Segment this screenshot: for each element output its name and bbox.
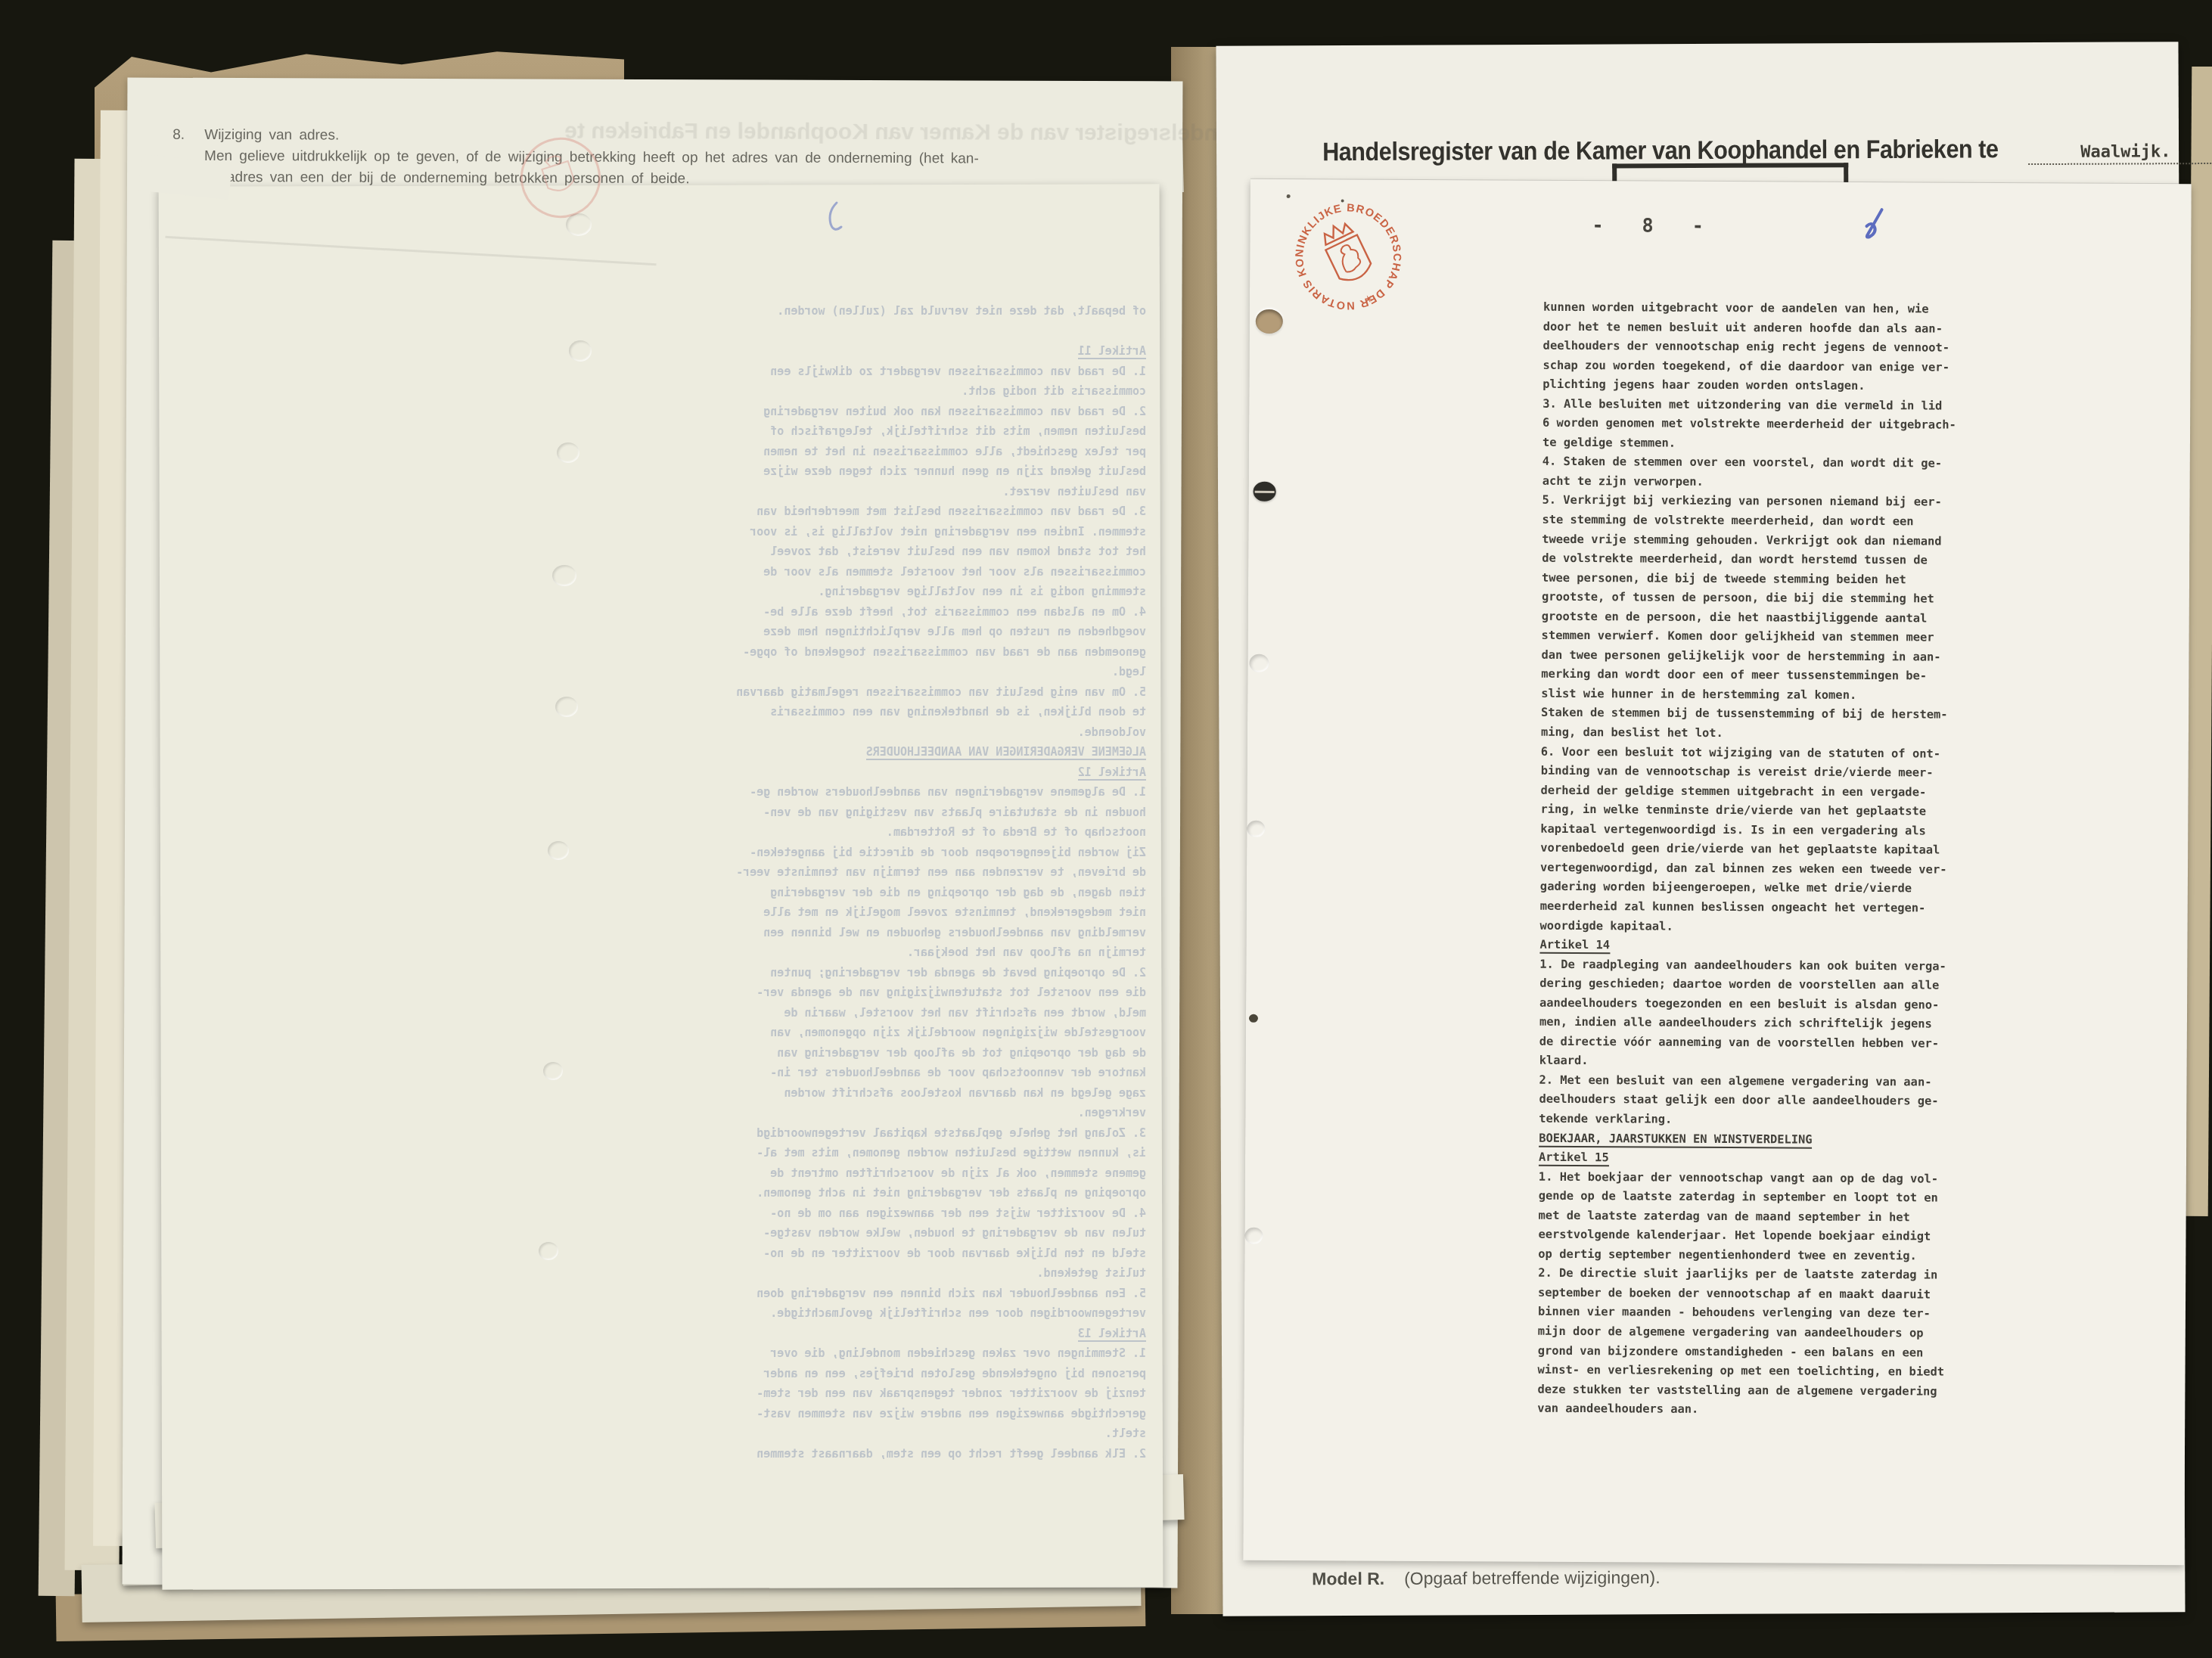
text-line: besluit gekend zijn en geen hunner zich … xyxy=(246,461,1146,482)
punch-dimple xyxy=(548,841,569,860)
text-line: woordigde kapitaal. xyxy=(1540,916,1964,937)
instruction-title: Wijziging van adres. xyxy=(204,125,339,147)
pen-mark-icon xyxy=(1851,203,1894,246)
text-line: 1. De raad van commissarissen vergadert … xyxy=(246,362,1146,382)
text-line: voldoende. xyxy=(246,722,1146,743)
punch-dimple xyxy=(555,697,578,717)
text-line: 6. Voor een besluit tot wijziging van de… xyxy=(1541,742,1965,763)
text-line: acht te zijn verworpen. xyxy=(1542,472,1966,493)
text-line: stemming nodig is in een voltallige verg… xyxy=(246,582,1146,602)
notary-stamp-icon: KONINKLIJKE BROEDERSCHAP DER NOTARISSEN … xyxy=(1272,181,1424,332)
text-line: deelhouders der vennootschap enig recht … xyxy=(1543,337,1967,358)
typed-document-sheet: - 8 - KONINKLIJKE BROEDERSCHAP DER NOTAR… xyxy=(1243,179,2192,1565)
text-line: stemmen verwierf. Komen door gelijkheid … xyxy=(1542,626,1965,647)
text-line: september de boeken der vennootschap af … xyxy=(1538,1284,1962,1305)
text-line: 5. Verkrijgt bij verkiezing van personen… xyxy=(1542,491,1966,512)
text-line: grootste en de persoon, die het naastbij… xyxy=(1542,607,1965,629)
punch-hole xyxy=(1247,821,1265,837)
text-line: commissaris dit nodig acht. xyxy=(246,381,1146,402)
text-line: oproeping en plaats der vergadering niet… xyxy=(246,1183,1146,1203)
text-line: dan twee personen gelijkelijk voor de he… xyxy=(1541,646,1965,667)
text-line: per telex geschiedt, alle commissarissen… xyxy=(246,442,1146,462)
text-line: van besluiten verzet. xyxy=(246,482,1146,502)
text-line: commissarissen als voor het voorstel ste… xyxy=(246,562,1146,582)
svg-text:KONINKLIJKE BROEDERSCHAP DER N: KONINKLIJKE BROEDERSCHAP DER NOTARISSEN … xyxy=(1272,181,1421,332)
text-line: gemene stemmen, ook al zijn de voorschri… xyxy=(246,1163,1146,1184)
text-line: voorgestelde wijzigingen woordelijk zijn… xyxy=(246,1023,1146,1043)
text-line: te doen blijken, is de handtekening van … xyxy=(246,702,1146,722)
text-line: meerderheid zal kunnen beslissen ongeach… xyxy=(1540,897,1964,918)
text-line: 5. Om van enig besluit van commissarisse… xyxy=(246,682,1146,703)
text-line: 1. De raadpleging van aandeelhouders kan… xyxy=(1539,955,1963,976)
text-line: personen bij ongetekende gesloten briefj… xyxy=(246,1364,1146,1384)
text-line: legd. xyxy=(246,662,1146,682)
typed-text-block: kunnen worden uitgebracht voor de aandel… xyxy=(1537,298,1967,1421)
text-line: slist wie hunner in de herstemming zal k… xyxy=(1541,685,1965,706)
text-line: stemmen. Indien een vergadering niet vol… xyxy=(246,522,1146,542)
text-line: zage gelegd en kan daarvan kosteloos afs… xyxy=(246,1083,1146,1104)
text-line: of bepaalt, dat deze niet vervuld zal (z… xyxy=(246,301,1146,321)
page-number: - 8 - xyxy=(1592,214,1716,237)
text-line: men, indien alle aandeelhouders zich sch… xyxy=(1539,1013,1963,1034)
text-line: door het te nemen besluit uit anderen ho… xyxy=(1543,317,1967,338)
text-line: Artikel 14 xyxy=(1539,936,1963,957)
punch-dimple xyxy=(543,1062,563,1080)
text-line: de dag der oproeping tot de afloop der v… xyxy=(246,1043,1146,1063)
form-model-label: Model R. xyxy=(1312,1569,1384,1588)
text-line: ALGEMENE VERGADERINGEN VAN AANDEELHOUDER… xyxy=(246,742,1146,762)
text-line: is, kunnen wettige besluiten worden geno… xyxy=(246,1143,1146,1163)
text-line: verkregen. xyxy=(246,1103,1146,1123)
text-line: genoemden aan de raad van commissarissen… xyxy=(246,642,1146,663)
paper-speck xyxy=(1341,199,1344,202)
text-line: die een voorstel tot statutenwijziging v… xyxy=(246,983,1146,1003)
text-line: 1. Stemmingen over zaken geschieden mond… xyxy=(246,1343,1146,1364)
text-line: eerstvolgende kalenderjaar. Het lopende … xyxy=(1538,1225,1962,1247)
text-line: kunnen worden uitgebracht voor de aandel… xyxy=(1543,298,1967,319)
text-line: binding van de vennootschap is vereist d… xyxy=(1541,762,1965,783)
punch-hole xyxy=(1244,1228,1263,1244)
text-line: houden in de statutaire plaats van vesti… xyxy=(246,803,1146,823)
text-line: tien dagen, de dag der oproeping en die … xyxy=(246,883,1146,903)
text-line: vertegenwoordigen door een schriftelijk … xyxy=(246,1303,1146,1324)
text-line: grond van bijzondere omstandigheden - ee… xyxy=(1538,1341,1962,1362)
text-line: Zij worden bijeengeroepen door de direct… xyxy=(246,843,1146,863)
punch-dimple xyxy=(539,1242,558,1260)
text-line: tweede vrije stemming gehouden. Verkrijg… xyxy=(1542,529,1965,551)
text-line: de brieven, te verzenden aan een termijn… xyxy=(246,862,1146,883)
text-line: kantore der vennootschap voor de aandeel… xyxy=(246,1063,1146,1083)
text-line: 4. De voorzitter wijst een der aanwezige… xyxy=(246,1203,1146,1224)
punch-hole xyxy=(1256,309,1283,334)
text-line: 4. Om en alsdan een commissaris tot, hee… xyxy=(246,602,1146,623)
text-line: deelhouders staat gelijk een door alle a… xyxy=(1539,1090,1962,1111)
text-line: 2. Elk aandeel geeft recht op een stem, … xyxy=(246,1444,1146,1464)
form-footer: Model R.(Opgaaf betreffende wijzigingen)… xyxy=(1312,1567,1660,1589)
text-line: tulen van de vergadering te houden, welk… xyxy=(246,1223,1146,1243)
text-line: winst- en verliesrekening op met een toe… xyxy=(1537,1361,1961,1382)
text-line: vertegenwoordigd, dan zal binnen zes wek… xyxy=(1540,858,1964,880)
text-line: deze stukken ter vaststelling aan de alg… xyxy=(1537,1380,1961,1401)
text-line: 3. De raad van commissarissen beslist me… xyxy=(246,501,1146,522)
text-line: dering geschieden; daartoe worden de voo… xyxy=(1539,974,1963,995)
text-line: Artikel 12 xyxy=(246,762,1146,783)
text-line: ste stemming de volstrekte meerderheid, … xyxy=(1542,511,1965,532)
text-line xyxy=(246,321,1146,342)
text-line: ming, dan beslist het lot. xyxy=(1541,723,1965,744)
text-line: gende op de laatste zaterdag in septembe… xyxy=(1539,1187,1962,1208)
form-model-note: (Opgaaf betreffende wijzigingen). xyxy=(1404,1567,1661,1588)
text-line: gerechtigde aanwezigen een andere wijze … xyxy=(246,1404,1146,1424)
text-line: 3. Zolang het gehele geplaatste kapitaal… xyxy=(246,1123,1146,1144)
form-instruction-block: 8. Wijziging van adres. Men gelieve uitd… xyxy=(172,125,1118,191)
text-line: op dertig september negentienhonderd twe… xyxy=(1538,1245,1962,1266)
text-line: kapitaal vertegenwoordigd is. Is in een … xyxy=(1540,820,1964,841)
text-line: 5. Een aandeelhouder kan zich binnen een… xyxy=(246,1284,1146,1304)
text-line: Artikel 11 xyxy=(246,341,1146,362)
text-line: het tot stand komen van een besluit vere… xyxy=(246,542,1146,562)
text-line: BOEKJAAR, JAARSTUKKEN EN WINSTVERDELING xyxy=(1539,1129,1962,1150)
archival-scan: Handelsregister van de Kamer van Koophan… xyxy=(0,0,2212,1658)
bleed-through-text: of bepaalt, dat deze niet vervuld zal (z… xyxy=(246,301,1146,1464)
text-line: 1. Het boekjaar der vennootschap vangt a… xyxy=(1539,1167,1962,1188)
text-line: schap zou worden toegekend, of die daard… xyxy=(1542,356,1966,377)
punch-dimple xyxy=(557,442,579,463)
text-line: tekende verklaring. xyxy=(1539,1110,1962,1131)
form-title: Handelsregister van de Kamer van Koophan… xyxy=(1322,135,1999,167)
text-line: vorenbedoeld geen drie/vierde van het ge… xyxy=(1540,839,1964,860)
text-line: de directie vóór aanneming van de voorst… xyxy=(1539,1032,1963,1054)
text-line: tenzij de voorzitter zonder tegenspraak … xyxy=(246,1383,1146,1404)
text-line: 2. Met een besluit van een algemene verg… xyxy=(1539,1071,1962,1092)
place-field: Waalwijk. xyxy=(2028,142,2212,165)
text-line: de volstrekte meerderheid, dan wordt her… xyxy=(1542,549,1965,570)
text-line: 4. Staken de stemmen over een voorstel, … xyxy=(1542,452,1966,473)
punch-hole xyxy=(1249,654,1269,672)
text-line: mijn door de algemene vergadering van aa… xyxy=(1538,1322,1962,1343)
punch-dimple xyxy=(552,565,576,586)
text-line: voegdheden en rusten op hem alle verplic… xyxy=(246,622,1146,642)
text-line: meld, wordt een afschrift van het voorst… xyxy=(246,1003,1146,1023)
pen-mark-icon xyxy=(819,198,849,236)
text-line: tulist getekend. xyxy=(246,1263,1146,1284)
text-line: niet medegerekend, tenminste zoveel moge… xyxy=(246,902,1146,923)
text-line: 3. Alle besluiten met uitzondering van d… xyxy=(1542,395,1966,416)
text-line: plichting jegens haar zouden worden onts… xyxy=(1542,375,1966,396)
faded-crest-icon xyxy=(534,150,583,204)
text-line: stelt. xyxy=(246,1424,1146,1444)
text-line: 2. De raad van commissarissen kan ook bu… xyxy=(246,402,1146,422)
text-line: gadering worden bijeengeroepen, welke me… xyxy=(1540,877,1964,899)
punch-dimple xyxy=(569,340,592,362)
binder-fastener xyxy=(1254,482,1276,501)
text-line: te geldige stemmen. xyxy=(1542,433,1966,455)
text-line: binnen vier maanden - behoudens verlengi… xyxy=(1538,1302,1962,1324)
text-line: termijn na afloop van het boekjaar. xyxy=(246,942,1146,963)
text-line: klaard. xyxy=(1539,1051,1963,1073)
text-line: Artikel 13 xyxy=(246,1324,1146,1344)
text-line: 2. De directie sluit jaarlijks per de la… xyxy=(1538,1264,1962,1285)
text-line: 1. De algemene vergaderingen van aandeel… xyxy=(246,782,1146,803)
text-line: nootschap of te Breda of te Rotterdam. xyxy=(246,822,1146,843)
text-line: derheid der geldige stemmen uitgebracht … xyxy=(1540,781,1964,802)
text-line: ring, in welke tenminste drie/vierde van… xyxy=(1540,800,1964,821)
text-line: steld en ten blijke daarvan door de voor… xyxy=(246,1243,1146,1264)
text-line: Artikel 15 xyxy=(1539,1148,1962,1169)
text-line: Staken de stemmen bij de tussenstemming … xyxy=(1541,703,1965,725)
text-line: besluiten nemen, mits dit schriftelijk, … xyxy=(246,421,1146,442)
text-line: grootste, of tussen de persoon, die bij … xyxy=(1542,588,1965,609)
punch-dimple xyxy=(566,213,592,236)
paper-speck xyxy=(1287,194,1291,198)
text-line: vermelding van aandeelhouders gehouden e… xyxy=(246,923,1146,943)
text-line: 2. De oproeping bevat de agenda der verg… xyxy=(246,963,1146,983)
text-line: 6 worden genomen met volstrekte meerderh… xyxy=(1542,414,1966,435)
text-line: met de laatste zaterdag van de maand sep… xyxy=(1539,1206,1962,1227)
instruction-number: 8. xyxy=(172,125,204,146)
punch-hole xyxy=(1249,1014,1258,1023)
text-line: merking dan wordt door een of meer tusse… xyxy=(1541,665,1965,686)
notary-stamp: KONINKLIJKE BROEDERSCHAP DER NOTARISSEN … xyxy=(1272,181,1424,332)
text-line: van aandeelhouders aan. xyxy=(1537,1399,1961,1420)
text-line: twee personen, die bij de tweede stemmin… xyxy=(1542,568,1965,589)
text-line: aandeelhouders toegezonden en een beslui… xyxy=(1539,993,1963,1014)
